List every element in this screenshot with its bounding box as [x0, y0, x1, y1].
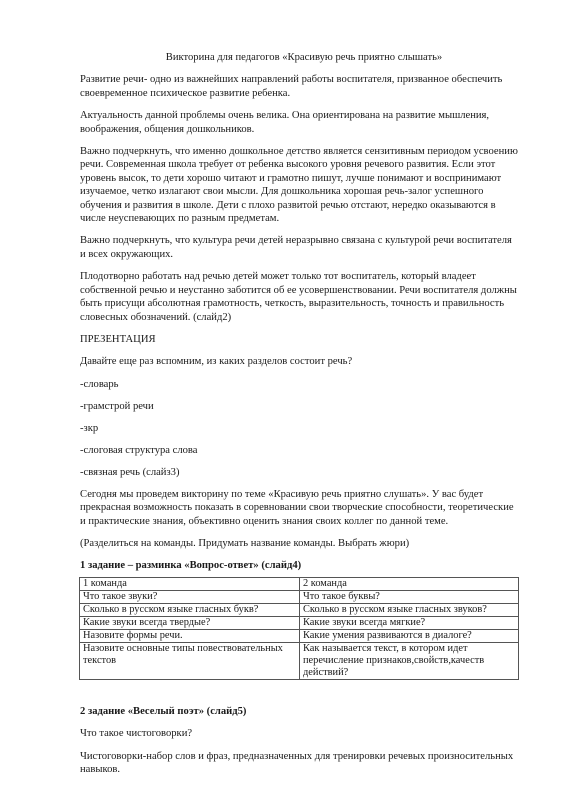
table-cell: Как называется текст, в котором идет пер… — [300, 642, 519, 679]
speech-section-item: -слоговая структура слова — [80, 444, 520, 457]
quiz-intro: Сегодня мы проведем викторину по теме «К… — [80, 488, 520, 528]
task2-heading: 2 задание «Веселый поэт» (слайд5) — [80, 705, 520, 718]
task2-question: Что такое чистоговорки? — [80, 727, 520, 740]
table-header-cell: 2 команда — [300, 577, 519, 590]
table-cell: Что такое буквы? — [300, 590, 519, 603]
intro-paragraph-2: Актуальность данной проблемы очень велик… — [80, 109, 520, 136]
speech-section-item: -словарь — [80, 378, 520, 391]
table-cell: Назовите формы речи. — [80, 629, 300, 642]
document-title: Викторина для педагогов «Красивую речь п… — [80, 51, 520, 64]
speech-section-item: -грамстрой речи — [80, 400, 520, 413]
table-row: Назовите основные типы повествовательных… — [80, 642, 519, 679]
task1-heading: 1 задание – разминка «Вопрос-ответ» (сла… — [80, 559, 520, 572]
table-cell: Какие умения развиваются в диалоге? — [300, 629, 519, 642]
table-cell: Что такое звуки? — [80, 590, 300, 603]
document-page: Викторина для педагогов «Красивую речь п… — [80, 51, 520, 785]
table-header-cell: 1 команда — [80, 577, 300, 590]
table-row: Какие звуки всегда твердые? Какие звуки … — [80, 616, 519, 629]
speech-section-item: -зкр — [80, 422, 520, 435]
table-row: Сколько в русском языке гласных букв? Ск… — [80, 603, 519, 616]
table-row: Что такое звуки? Что такое буквы? — [80, 590, 519, 603]
presentation-heading: ПРЕЗЕНТАЦИЯ — [80, 333, 520, 346]
intro-paragraph-3: Важно подчеркнуть, что именно дошкольное… — [80, 145, 520, 225]
table-cell: Назовите основные типы повествовательных… — [80, 642, 300, 679]
table-cell: Какие звуки всегда твердые? — [80, 616, 300, 629]
question-intro: Давайте еще раз вспомним, из каких разде… — [80, 355, 520, 368]
task2-answer: Чистоговорки-набор слов и фраз, предназн… — [80, 750, 520, 777]
table-cell: Сколько в русском языке гласных букв? — [80, 603, 300, 616]
table-cell: Сколько в русском языке гласных звуков? — [300, 603, 519, 616]
intro-paragraph-5: Плодотворно работать над речью детей мож… — [80, 270, 520, 324]
table-header-row: 1 команда 2 команда — [80, 577, 519, 590]
table-row: Назовите формы речи. Какие умения развив… — [80, 629, 519, 642]
speech-section-item: -связная речь (слайз3) — [80, 466, 520, 479]
intro-paragraph-1: Развитие речи- одно из важнейших направл… — [80, 73, 520, 100]
table-cell: Какие звуки всегда мягкие? — [300, 616, 519, 629]
instructions: (Разделиться на команды. Придумать назва… — [80, 537, 520, 550]
intro-paragraph-4: Важно подчеркнуть, что культура речи дет… — [80, 234, 520, 261]
quiz-questions-table: 1 команда 2 команда Что такое звуки? Что… — [79, 577, 519, 680]
